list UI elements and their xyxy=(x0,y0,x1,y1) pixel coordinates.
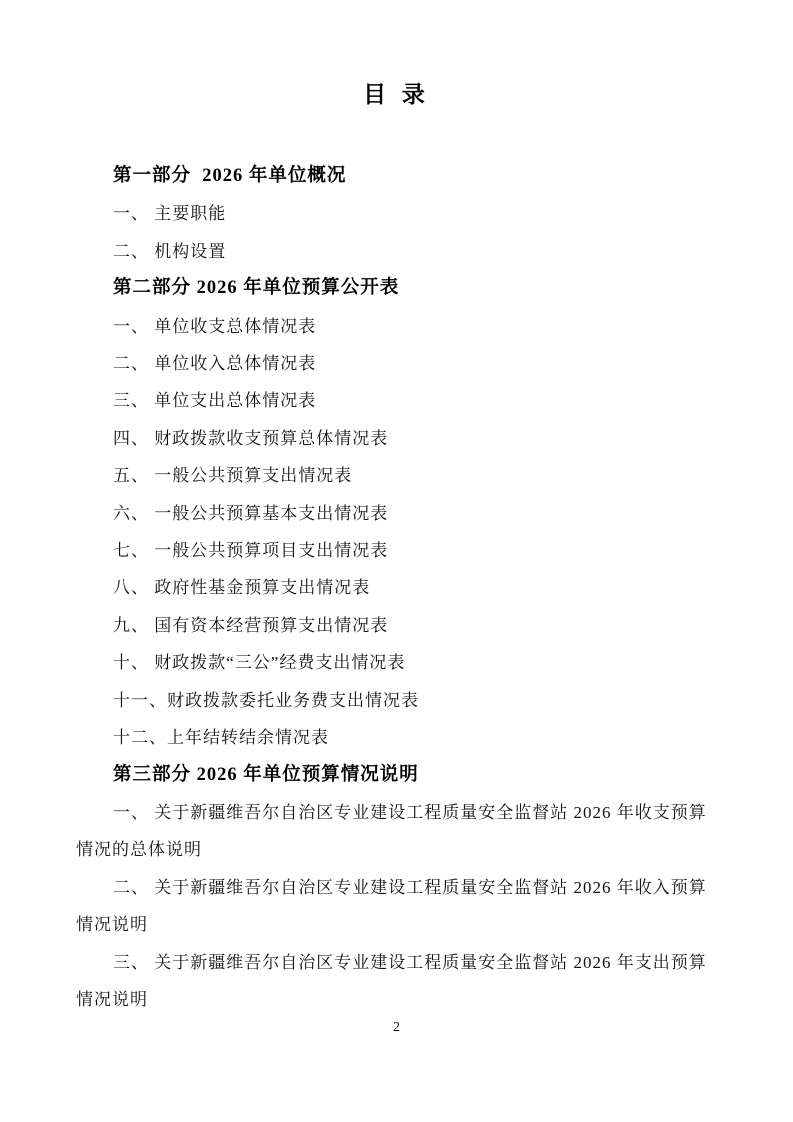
document-page: 目 录 第一部分 2026 年单位概况 一、 主要职能 二、 机构设置 第二部分… xyxy=(0,0,793,1122)
toc-item: 五、 一般公共预算支出情况表 xyxy=(76,457,717,494)
page-title: 目 录 xyxy=(0,76,793,109)
toc-item: 八、 政府性基金预算支出情况表 xyxy=(76,569,717,606)
table-of-contents: 第一部分 2026 年单位概况 一、 主要职能 二、 机构设置 第二部分 202… xyxy=(76,158,717,1018)
toc-item: 二、 机构设置 xyxy=(76,233,717,270)
toc-section-heading-part2: 第二部分 2026 年单位预算公开表 xyxy=(76,270,717,307)
toc-item: 七、 一般公共预算项目支出情况表 xyxy=(76,532,717,569)
toc-item: 四、 财政拨款收支预算总体情况表 xyxy=(76,420,717,457)
toc-item: 十一、财政拨款委托业务费支出情况表 xyxy=(76,682,717,719)
toc-item: 十二、上年结转结余情况表 xyxy=(76,719,717,756)
toc-item: 三、 关于新疆维吾尔自治区专业建设工程质量安全监督站 2026 年支出预算情况说… xyxy=(76,944,717,1019)
toc-item: 一、 单位收支总体情况表 xyxy=(76,308,717,345)
toc-item: 十、 财政拨款“三公”经费支出情况表 xyxy=(76,644,717,681)
toc-item: 二、 关于新疆维吾尔自治区专业建设工程质量安全监督站 2026 年收入预算情况说… xyxy=(76,869,717,944)
toc-section-heading-part1: 第一部分 2026 年单位概况 xyxy=(76,158,717,195)
toc-item: 一、 主要职能 xyxy=(76,195,717,232)
page-number: 2 xyxy=(0,1020,793,1036)
toc-item: 一、 关于新疆维吾尔自治区专业建设工程质量安全监督站 2026 年收支预算情况的… xyxy=(76,794,717,869)
toc-item: 二、 单位收入总体情况表 xyxy=(76,345,717,382)
toc-section-heading-part3: 第三部分 2026 年单位预算情况说明 xyxy=(76,757,717,794)
toc-item: 六、 一般公共预算基本支出情况表 xyxy=(76,495,717,532)
toc-item: 三、 单位支出总体情况表 xyxy=(76,382,717,419)
toc-item: 九、 国有资本经营预算支出情况表 xyxy=(76,607,717,644)
